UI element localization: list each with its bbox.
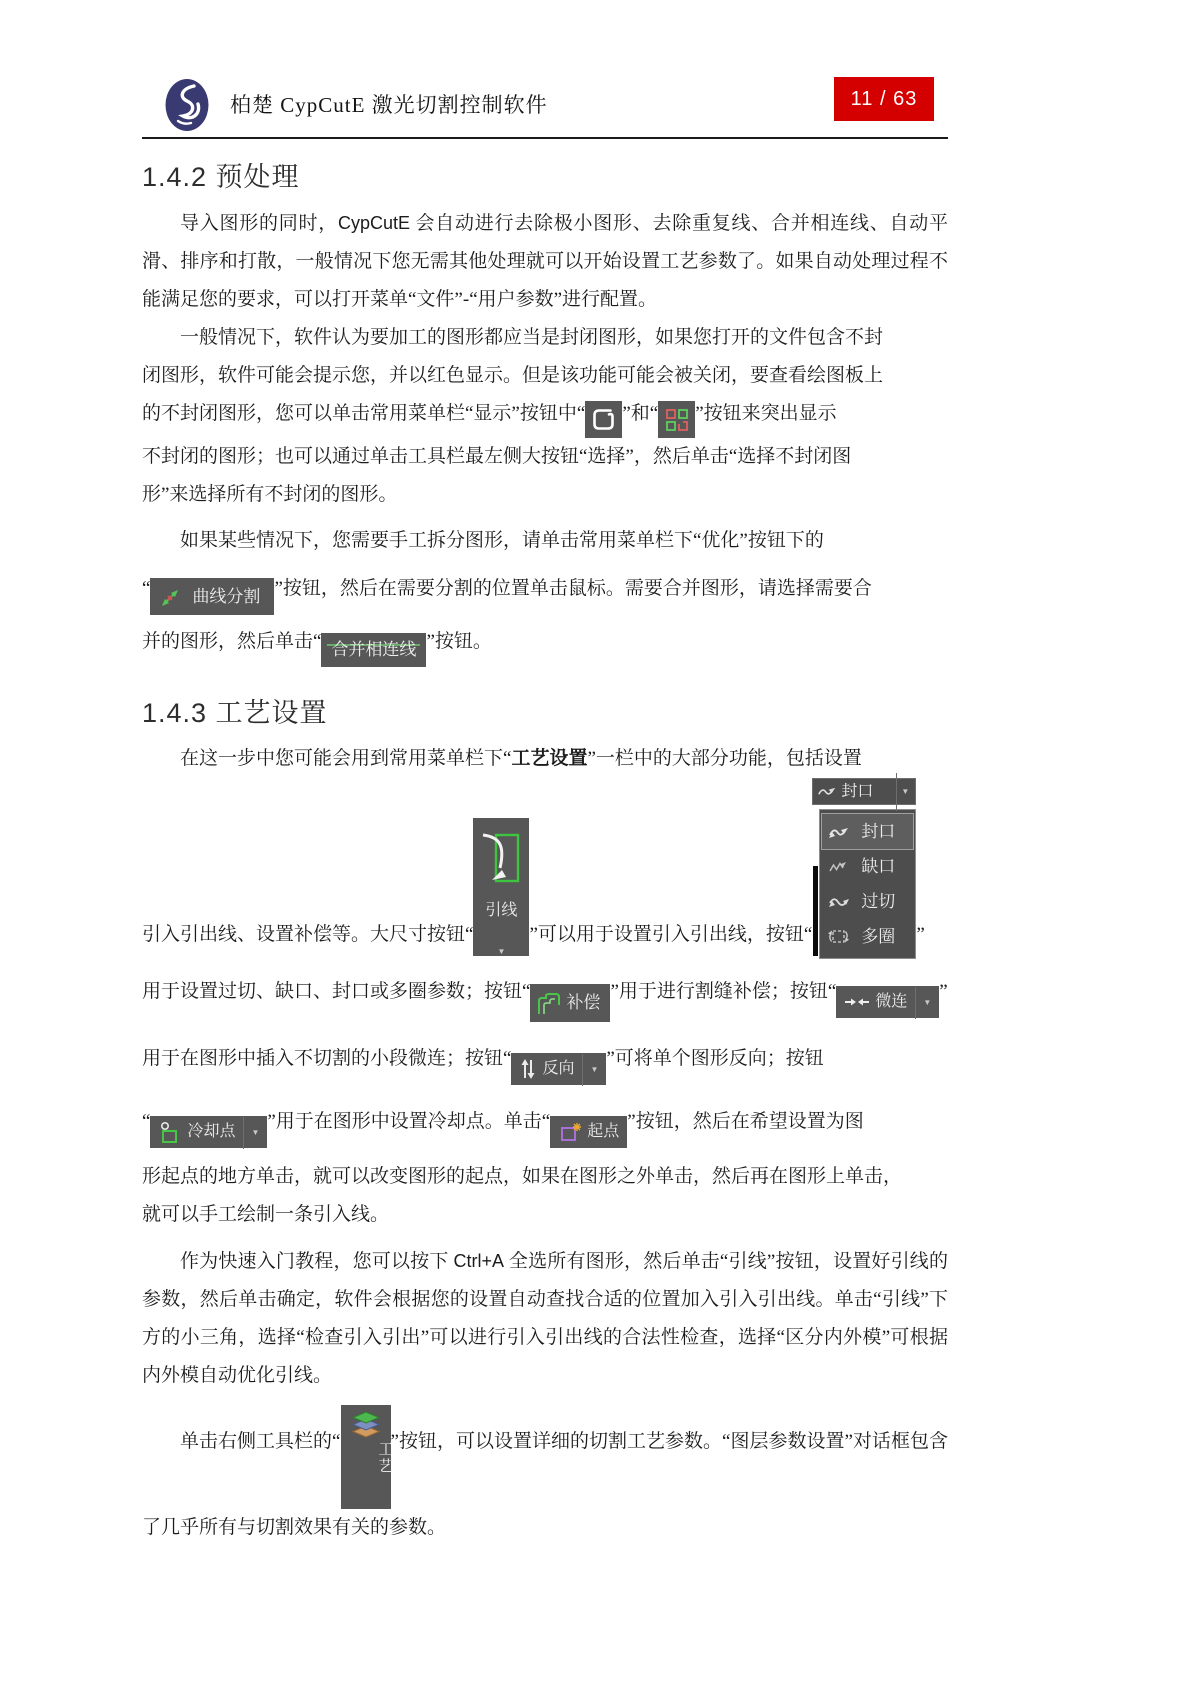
menu-item-multiloop: 多圈 [822,919,913,954]
page-number-badge: 11 / 63 [834,77,934,121]
menu-item-seal: 封口 [822,814,913,849]
caret-down-icon: ▼ [915,987,931,1019]
paragraph-process-button: 单击右侧工具栏的“工艺”按钮，可以设置详细的切割工艺参数。“图层参数设置”对话框… [142,1405,948,1547]
seal-dropdown-image: 封口▼封口缺口过切多圈 [812,778,916,959]
cooling-point-icon [158,1120,182,1144]
lead-line-icon [480,830,522,888]
start-point-icon [558,1120,582,1144]
merge-lines-button: 合并相连线 [321,633,426,667]
text-run: 的不封闭图形，您可以单击常用菜单栏“显示”按钮中“ [142,403,585,424]
text-line: 形起点的地方单击，就可以改变图形的起点，如果在图形之外单击，然后再在图形上单击， [142,1158,948,1196]
lead-line-button: 引线▼ [473,818,529,956]
text-line: 在这一步中您可能会用到常用菜单栏下“工艺设置”一栏中的大部分功能，包括设置 [142,740,948,778]
document-page: 柏楚 CypCutE 激光切割控制软件 11 / 63 1.4.2 预处理 导入… [142,75,948,1547]
text-line-with-button: 并的图形，然后单击“合并相连线”按钮。 [142,623,948,667]
text-run: ”和“ [622,403,658,424]
text-run: 导入图形的同时， [180,213,338,234]
kerf-compensate-icon [536,991,562,1017]
curve-split-icon [158,586,182,610]
compensate-button: 补偿 [530,984,610,1022]
caret-down-icon: ▼ [896,773,913,811]
menu-item-label: 缺口 [861,848,895,886]
micro-joint-icon [844,994,870,1010]
text-line: 形”来选择所有不封闭的图形。 [142,476,948,514]
text-run: ”可将单个图形反向；按钮 [606,1048,823,1069]
text-line-with-buttons: “冷却点▼”用于在图形中设置冷却点。单击“起点”按钮，然后在希望设置为图 [142,1103,948,1148]
text-line-with-button: “曲线分割”按钮，然后在需要分割的位置单击鼠标。需要合并图形，请选择需要合 [142,570,948,615]
seal-icon [817,784,837,799]
text-line: 就可以手工绘制一条引入线。 [142,1196,948,1234]
text-run: 用于设置过切、缺口、封口或多圈参数；按钮“ [142,981,530,1002]
text-run: ”用于进行割缝补偿；按钮“ [610,981,836,1002]
menu-item-notch: 缺口 [822,849,913,884]
caret-down-icon: ▼ [243,1117,259,1149]
text-run: ” [939,981,947,1002]
unclosed-squares-icon [664,407,690,433]
button-label: 起点 [587,1123,619,1140]
text-line: 不封闭的图形；也可以通过单击工具栏最左侧大按钮“选择”，然后单击“选择不封闭图 [142,438,948,476]
text-line: 闭图形，软件可能会提示您，并以红色显示。但是该功能可能会被关闭，要查看绘图板上 [142,357,948,395]
text-line-with-buttons: 用于在图形中插入不切割的小段微连；按钮“反向▼”可将单个图形反向；按钮 [142,1040,948,1085]
section-heading-143: 1.4.3 工艺设置 [142,691,948,730]
black-bar-decoration [813,866,818,956]
text-line: 如果某些情况下，您需要手工拆分图形，请单击常用菜单栏下“优化”按钮下的 [142,522,948,560]
manual-page: { "header": { "title": "柏楚 CypCutE 激光切割控… [0,0,1192,1685]
text-run: 在这一步中您可能会用到常用菜单栏下“ [180,748,511,769]
text-run: “ [142,578,150,599]
text-line-with-icons: 的不封闭图形，您可以单击常用菜单栏“显示”按钮中“”和“”按钮来突出显示 [142,395,948,438]
paragraph-preprocess-intro: 导入图形的同时，CypCutE 会自动进行去除极小图形、去除重复线、合并相连线、… [142,204,948,319]
button-label: 冷却点 [187,1123,235,1140]
paragraph-quickstart: 作为快速入门教程，您可以按下 Ctrl+A 全选所有图形，然后单击“引线”按钮，… [142,1242,948,1395]
caret-down-icon: ▼ [473,933,529,971]
unclosed-shape-icon [591,407,616,432]
seal-dropdown-trigger: 封口▼ [812,778,916,805]
bochu-logo [164,77,210,138]
reverse-icon [519,1057,537,1081]
caret-down-icon: ▼ [582,1054,598,1086]
seal-icon [827,824,851,840]
text-run-bold: 工艺设置 [511,748,587,769]
button-label: 引线 [473,892,529,930]
start-point-button: 起点 [550,1116,627,1148]
button-label-char: 工 [341,1441,391,1458]
text-line-with-images: 引入引出线、设置补偿等。大尺寸按钮“引线▼”可以用于设置引入引出线，按钮“封口▼… [142,778,948,959]
bochu-logo-icon [164,77,210,133]
multi-loop-icon [827,928,851,945]
text-run: 并的图形，然后单击“ [142,631,321,652]
text-run: 单击右侧工具栏的“ [180,1431,341,1452]
button-label-char: 艺 [341,1458,391,1475]
reverse-button: 反向▼ [511,1053,606,1085]
text-run-latin: Ctrl+A [453,1251,504,1271]
highlight-unclosed-button [658,401,695,438]
text-run: 用于在图形中插入不切割的小段微连；按钮“ [142,1048,511,1069]
button-label: 反向 [542,1060,574,1077]
page-header: 柏楚 CypCutE 激光切割控制软件 11 / 63 [142,75,948,139]
text-line-with-buttons: 用于设置过切、缺口、封口或多圈参数；按钮“补偿”用于进行割缝补偿；按钮“微连▼” [142,973,948,1022]
overcut-icon [827,894,851,910]
text-run: ”按钮。 [426,631,491,652]
text-run-latin: CypCutE [338,213,410,233]
menu-item-overcut: 过切 [822,884,913,919]
text-run: ”按钮，然后在需要分割的位置单击鼠标。需要合并图形，请选择需要合 [274,578,871,599]
section-heading-142: 1.4.2 预处理 [142,155,948,194]
menu-item-label: 过切 [861,883,895,921]
text-run: ” [916,924,924,945]
text-run: 作为快速入门教程，您可以按下 [180,1251,453,1272]
button-label: 补偿 [566,993,600,1012]
process-settings-button: 工艺 [341,1405,391,1509]
menu-item-label: 多圈 [861,918,895,956]
button-label: 合并相连线 [331,640,416,659]
text-run: “ [142,1111,150,1132]
button-label: 微连 [875,993,907,1010]
show-unclosed-button [585,401,622,438]
layers-icon [350,1411,382,1441]
seal-dropdown-menu: 封口缺口过切多圈 [819,809,916,959]
text-run: ”按钮，然后在希望设置为图 [627,1111,863,1132]
text-line: 一般情况下，软件认为要加工的图形都应当是封闭图形，如果您打开的文件包含不封 [142,319,948,357]
notch-icon [827,859,851,875]
menu-item-label: 封口 [861,813,895,851]
cooling-point-button: 冷却点▼ [150,1116,267,1148]
text-run: ”一栏中的大部分功能，包括设置 [587,748,861,769]
text-run: ”按钮来突出显示 [695,403,836,424]
text-run: 引入引出线、设置补偿等。大尺寸按钮“ [142,924,473,945]
dropdown-label: 封口 [841,773,896,811]
header-title: 柏楚 CypCutE 激光切割控制软件 [230,89,548,119]
curve-split-button: 曲线分割 [150,578,274,615]
text-run: ”用于在图形中设置冷却点。单击“ [267,1111,550,1132]
text-run: ”可以用于设置引入引出线，按钮“ [529,924,812,945]
micro-joint-button: 微连▼ [836,986,939,1018]
button-label: 曲线分割 [192,587,260,606]
